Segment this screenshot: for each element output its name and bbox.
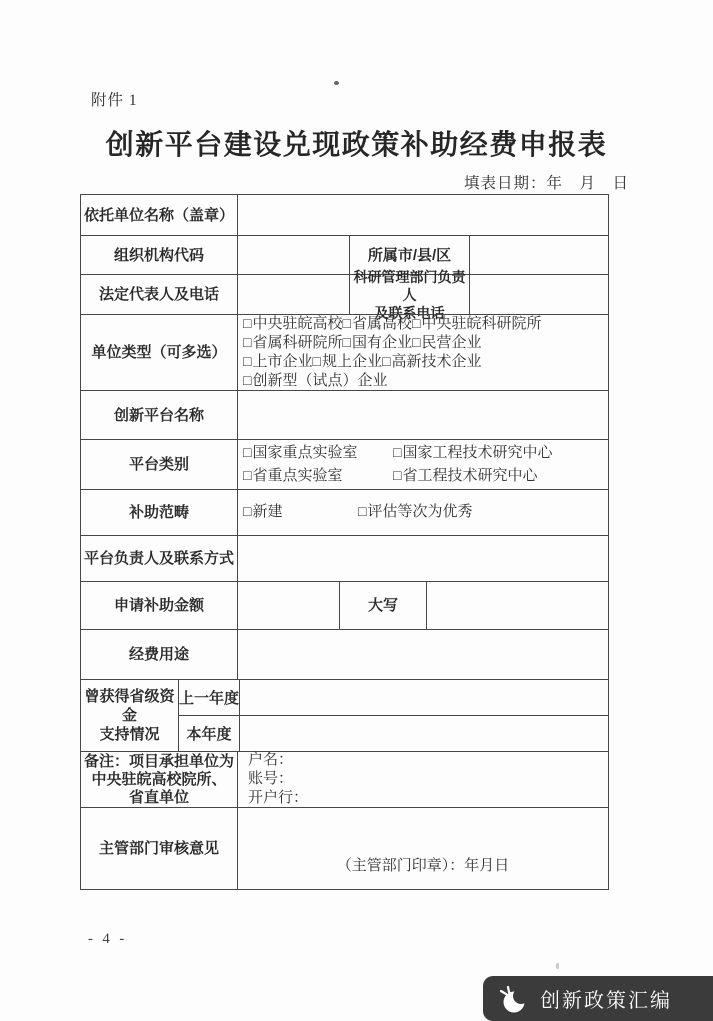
field-value-district bbox=[469, 236, 608, 274]
field-value-platform-name bbox=[237, 391, 608, 439]
field-label-platform-name: 创新平台名称 bbox=[81, 391, 237, 439]
checkbox-icon: □ bbox=[243, 355, 251, 370]
field-label-fund-usage: 经费用途 bbox=[81, 630, 237, 679]
field-value-subsidy-amount bbox=[237, 582, 339, 629]
table-row: 法定代表人及电话 科研管理部门负责人及联系电话 bbox=[81, 274, 608, 314]
checkbox-icon: □ bbox=[342, 317, 350, 332]
checkbox-option: □省属高校 bbox=[342, 315, 411, 334]
field-label-platform-category: 平台类别 bbox=[81, 440, 237, 489]
table-row: 经费用途 bbox=[81, 629, 608, 679]
field-value-review-opinion: （主管部门印章）：年月日 bbox=[237, 808, 608, 889]
checkbox-icon: □ bbox=[243, 505, 251, 520]
table-row: 补助范畴 □新建□评估等次为优秀 bbox=[81, 489, 608, 535]
table-row: 曾获得省级资金支持情况 上一年度 本年度 bbox=[81, 679, 608, 751]
platform-category-options: □国家重点实验室□国家工程技术研究中心□省重点实验室□省工程技术研究中心 bbox=[237, 440, 608, 489]
field-label-subsidy-scope: 补助范畴 bbox=[81, 490, 237, 535]
field-label-remark: 备注：项目承担单位为中央驻皖高校院所、省直单位 bbox=[81, 752, 237, 807]
checkbox-option: □新建 bbox=[243, 503, 358, 522]
checkbox-icon: □ bbox=[412, 336, 420, 351]
application-form-table: 依托单位名称（盖章） 组织机构代码 所属市/县/区 法定代表人及电话 科研管理部… bbox=[80, 194, 609, 890]
checkbox-icon: □ bbox=[243, 374, 251, 389]
checkbox-icon: □ bbox=[243, 469, 251, 484]
page-number: - 4 - bbox=[88, 931, 127, 948]
checkbox-option: □中央驻皖高校 bbox=[243, 315, 342, 334]
form-title: 创新平台建设兑现政策补助经费申报表 bbox=[0, 123, 713, 163]
checkbox-option: □省重点实验室 bbox=[243, 465, 393, 488]
watermark-text: 创新政策汇编 bbox=[540, 984, 672, 1013]
checkbox-option: □国有企业 bbox=[342, 334, 411, 353]
checkbox-icon: □ bbox=[243, 317, 251, 332]
checkbox-option-label: 民营企业 bbox=[421, 335, 481, 351]
table-row: 主管部门审核意见 （主管部门印章）：年月日 bbox=[81, 807, 608, 889]
checkbox-option: □规上企业 bbox=[312, 353, 381, 372]
field-label-subsidy-amount: 申请补助金额 bbox=[81, 582, 237, 629]
checkbox-icon: □ bbox=[358, 505, 366, 520]
checkbox-icon: □ bbox=[243, 446, 251, 461]
field-label-unit-name: 依托单位名称（盖章） bbox=[81, 195, 237, 235]
field-value-amount-caps bbox=[426, 582, 608, 629]
field-label-this-year: 本年度 bbox=[179, 716, 239, 751]
checkbox-icon: □ bbox=[382, 355, 390, 370]
field-label-unit-type: 单位类型（可多选） bbox=[81, 315, 237, 390]
checkbox-option-label: 中央驻皖科研院所 bbox=[421, 316, 541, 332]
checkbox-option: □省工程技术研究中心 bbox=[393, 465, 537, 488]
checkbox-option: □省属科研院所 bbox=[243, 334, 342, 353]
field-value-legal-rep bbox=[237, 275, 349, 314]
prior-support-year-labels: 上一年度 本年度 bbox=[178, 680, 239, 751]
field-value-bank-account: 户名：账号：开户行： bbox=[237, 752, 608, 807]
checkbox-option-label: 创新型（试点）企业 bbox=[252, 373, 387, 389]
scan-speck-small bbox=[556, 963, 559, 969]
document-page: 附件 1 创新平台建设兑现政策补助经费申报表 填表日期：年 月 日 依托单位名称… bbox=[0, 0, 713, 1021]
checkbox-option-label: 国有企业 bbox=[352, 335, 412, 351]
checkbox-option-label: 省重点实验室 bbox=[252, 468, 342, 484]
checkbox-option-label: 高新技术企业 bbox=[391, 354, 481, 370]
attachment-label: 附件 1 bbox=[91, 88, 138, 110]
checkbox-option: □中央驻皖科研院所 bbox=[412, 315, 541, 334]
checkbox-icon: □ bbox=[412, 317, 420, 332]
checkbox-option-label: 国家工程技术研究中心 bbox=[402, 445, 552, 461]
checkbox-option-label: 省属高校 bbox=[352, 316, 412, 332]
checkbox-option: □国家重点实验室 bbox=[243, 442, 393, 465]
table-row: 创新平台名称 bbox=[81, 390, 608, 439]
table-row: 申请补助金额 大写 bbox=[81, 581, 608, 629]
field-label-prev-year: 上一年度 bbox=[179, 680, 239, 716]
checkbox-icon: □ bbox=[393, 469, 401, 484]
watermark-bar: 创新政策汇编 bbox=[483, 976, 713, 1021]
checkbox-option: □国家工程技术研究中心 bbox=[393, 442, 552, 465]
checkbox-option-label: 规上企业 bbox=[322, 354, 382, 370]
checkbox-option: □民营企业 bbox=[412, 334, 481, 353]
field-label-research-dept: 科研管理部门负责人及联系电话 bbox=[349, 275, 469, 314]
field-label-org-code: 组织机构代码 bbox=[81, 236, 237, 274]
checkbox-option: □评估等次为优秀 bbox=[358, 503, 472, 522]
checkbox-option-label: 评估等次为优秀 bbox=[367, 504, 472, 520]
table-row: 备注：项目承担单位为中央驻皖高校院所、省直单位 户名：账号：开户行： bbox=[81, 751, 608, 807]
field-label-prior-support: 曾获得省级资金支持情况 bbox=[81, 680, 178, 751]
field-value-fund-usage bbox=[237, 630, 608, 679]
watermark-logo-icon bbox=[496, 984, 532, 1014]
prior-support-year-values bbox=[239, 680, 608, 751]
table-row: 依托单位名称（盖章） bbox=[81, 195, 608, 235]
table-row: 平台负责人及联系方式 bbox=[81, 535, 608, 581]
checkbox-option-label: 上市企业 bbox=[252, 354, 312, 370]
field-value-platform-contact bbox=[237, 536, 608, 581]
fill-date-line: 填表日期：年 月 日 bbox=[464, 171, 629, 193]
table-row: 组织机构代码 所属市/县/区 bbox=[81, 235, 608, 274]
unit-type-options: □中央驻皖高校□省属高校□中央驻皖科研院所□省属科研院所□国有企业□民营企业□上… bbox=[237, 315, 608, 390]
checkbox-option-label: 新建 bbox=[252, 504, 282, 520]
checkbox-option: □创新型（试点）企业 bbox=[243, 372, 387, 391]
checkbox-icon: □ bbox=[393, 446, 401, 461]
department-seal-line: （主管部门印章）：年月日 bbox=[337, 854, 510, 875]
field-label-platform-contact: 平台负责人及联系方式 bbox=[81, 536, 237, 581]
field-label-legal-rep: 法定代表人及电话 bbox=[81, 275, 237, 314]
subsidy-scope-options: □新建□评估等次为优秀 bbox=[237, 490, 608, 535]
checkbox-icon: □ bbox=[243, 336, 251, 351]
checkbox-option-label: 省工程技术研究中心 bbox=[402, 468, 537, 484]
field-value-unit-name bbox=[237, 195, 608, 235]
checkbox-option: □上市企业 bbox=[243, 353, 312, 372]
field-label-review-opinion: 主管部门审核意见 bbox=[81, 808, 237, 889]
field-label-amount-caps: 大写 bbox=[339, 582, 426, 629]
table-row: 平台类别 □国家重点实验室□国家工程技术研究中心□省重点实验室□省工程技术研究中… bbox=[81, 439, 608, 489]
table-row: 单位类型（可多选） □中央驻皖高校□省属高校□中央驻皖科研院所□省属科研院所□国… bbox=[81, 314, 608, 390]
checkbox-option-label: 中央驻皖高校 bbox=[252, 316, 342, 332]
field-value-org-code bbox=[237, 236, 349, 274]
checkbox-option: □高新技术企业 bbox=[382, 353, 481, 372]
field-value-this-year bbox=[240, 716, 608, 751]
checkbox-option-label: 省属科研院所 bbox=[252, 335, 342, 351]
scan-speck bbox=[334, 81, 339, 85]
checkbox-icon: □ bbox=[342, 336, 350, 351]
field-value-research-dept bbox=[469, 275, 608, 314]
checkbox-icon: □ bbox=[312, 355, 320, 370]
checkbox-option-label: 国家重点实验室 bbox=[252, 445, 357, 461]
field-value-prev-year bbox=[240, 680, 608, 716]
